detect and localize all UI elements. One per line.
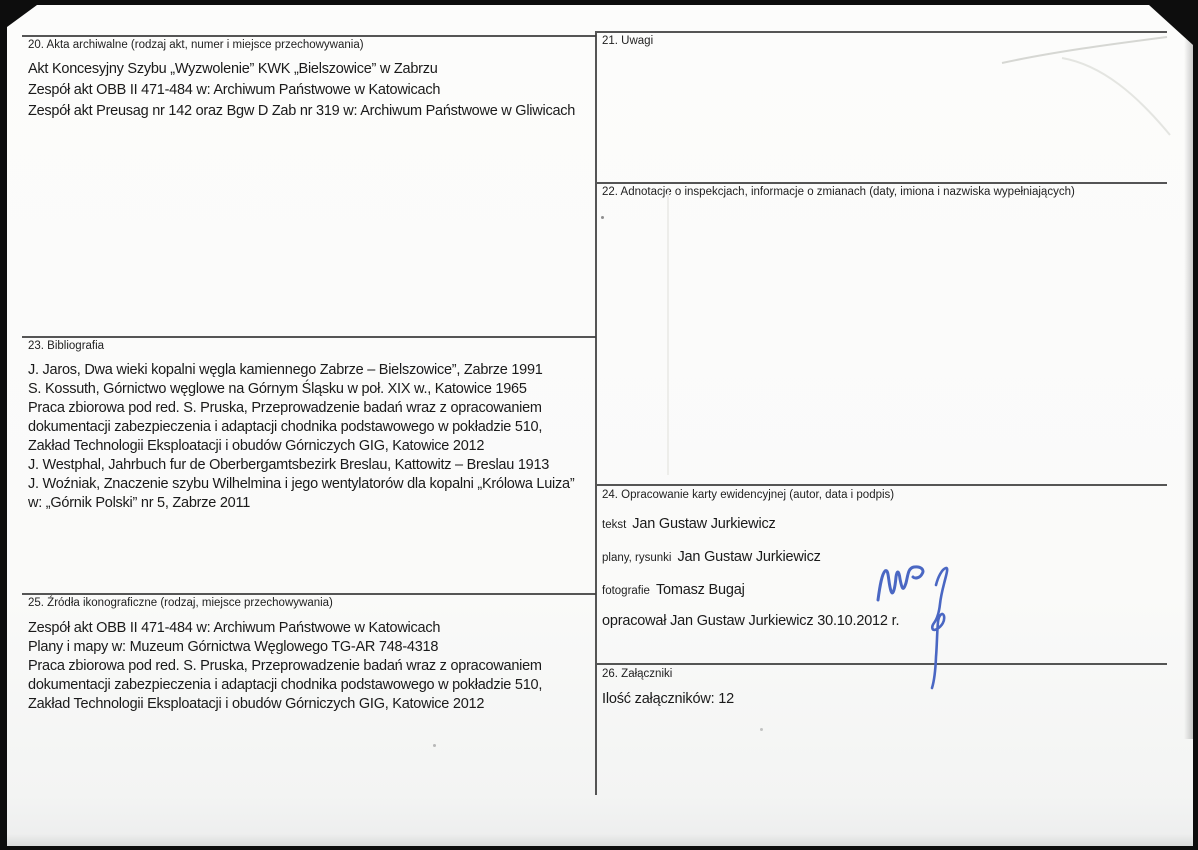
iconographic-source-line: Zakład Technologii Eksploatacji i obudów… — [28, 695, 542, 714]
section-21-title: 21. Uwagi — [602, 35, 653, 47]
section-25-content: Zespół akt OBB II 471-484 w: Archiwum Pa… — [28, 619, 542, 714]
archival-records-line: Zespół akt OBB II 471-484 w: Archiwum Pa… — [28, 80, 575, 101]
bibliography-line: J. Woźniak, Znaczenie szybu Wilhelmina i… — [28, 475, 574, 494]
author-field-text: tekstJan Gustaw Jurkiewicz — [602, 515, 776, 533]
section-24-title: 24. Opracowanie karty ewidencyjnej (auto… — [602, 489, 894, 501]
archival-records-line: Akt Koncesyjny Szybu „Wyzwolenie” KWK „B… — [28, 59, 575, 80]
section-23-content: J. Jaros, Dwa wieki kopalni węgla kamien… — [28, 361, 574, 513]
paper-crease-vertical — [667, 190, 669, 475]
section-23-top-rule — [22, 336, 596, 338]
signature-stroke-descender — [932, 568, 947, 688]
paper-crease — [987, 25, 1187, 145]
attachments-count-line: Ilość załączników: 12 — [602, 691, 734, 707]
field-value-plany-rysunki: Jan Gustaw Jurkiewicz — [677, 549, 820, 565]
iconographic-source-line: Plany i mapy w: Muzeum Górnictwa Węglowe… — [28, 638, 542, 657]
bibliography-line: J. Jaros, Dwa wieki kopalni węgla kamien… — [28, 361, 574, 380]
section-20-title: 20. Akta archiwalne (rodzaj akt, numer i… — [28, 39, 364, 51]
scan-background: 20. Akta archiwalne (rodzaj akt, numer i… — [0, 0, 1198, 850]
scan-speck — [433, 744, 436, 747]
bibliography-line: J. Westphal, Jahrbuch fur de Oberbergamt… — [28, 456, 574, 475]
page-edge-shadow-bottom — [7, 834, 1193, 846]
section-23-title: 23. Bibliografia — [28, 340, 104, 352]
section-24-top-rule — [597, 484, 1167, 486]
author-field-plans: plany, rysunkiJan Gustaw Jurkiewicz — [602, 548, 821, 566]
iconographic-source-line: Praca zbiorowa pod red. S. Pruska, Przep… — [28, 657, 542, 676]
page-edge-shadow-right — [1184, 39, 1193, 739]
section-22-top-rule — [597, 182, 1167, 184]
field-label-tekst: tekst — [602, 519, 626, 531]
section-20-content: Akt Koncesyjny Szybu „Wyzwolenie” KWK „B… — [28, 59, 575, 122]
section-21-top-rule — [597, 31, 1167, 33]
field-value-tekst: Jan Gustaw Jurkiewicz — [632, 516, 775, 532]
bibliography-line: dokumentacji zabezpieczenia i adaptacji … — [28, 418, 574, 437]
field-label-fotografie: fotografie — [602, 585, 650, 597]
author-field-photos: fotografieTomasz Bugaj — [602, 581, 745, 599]
field-value-fotografie: Tomasz Bugaj — [656, 582, 745, 598]
archival-records-line: Zespół akt Preusag nr 142 oraz Bgw D Zab… — [28, 101, 575, 122]
compiled-by-line: opracował Jan Gustaw Jurkiewicz 30.10.20… — [602, 613, 899, 629]
signature-stroke-w — [878, 567, 923, 600]
column-divider-rule — [595, 31, 597, 795]
section-22-title: 22. Adnotacje o inspekcjach, informacje … — [602, 186, 1075, 198]
scan-speck — [601, 216, 604, 219]
section-25-title: 25. Źródła ikonograficzne (rodzaj, miejs… — [28, 597, 333, 609]
section-26-top-rule — [597, 663, 1167, 665]
bibliography-line: w: „Górnik Polski” nr 5, Zabrze 2011 — [28, 494, 574, 513]
bibliography-line: S. Kossuth, Górnictwo węglowe na Górnym … — [28, 380, 574, 399]
iconographic-source-line: Zespół akt OBB II 471-484 w: Archiwum Pa… — [28, 619, 542, 638]
bibliography-line: Praca zbiorowa pod red. S. Pruska, Przep… — [28, 399, 574, 418]
scan-speck — [760, 728, 763, 731]
field-label-plany-rysunki: plany, rysunki — [602, 552, 671, 564]
bibliography-line: Zakład Technologii Eksploatacji i obudów… — [28, 437, 574, 456]
iconographic-source-line: dokumentacji zabezpieczenia i adaptacji … — [28, 676, 542, 695]
document-page: 20. Akta archiwalne (rodzaj akt, numer i… — [7, 5, 1193, 846]
section-26-title: 26. Załączniki — [602, 668, 672, 680]
section-20-top-rule — [22, 35, 596, 37]
section-25-top-rule — [22, 593, 596, 595]
